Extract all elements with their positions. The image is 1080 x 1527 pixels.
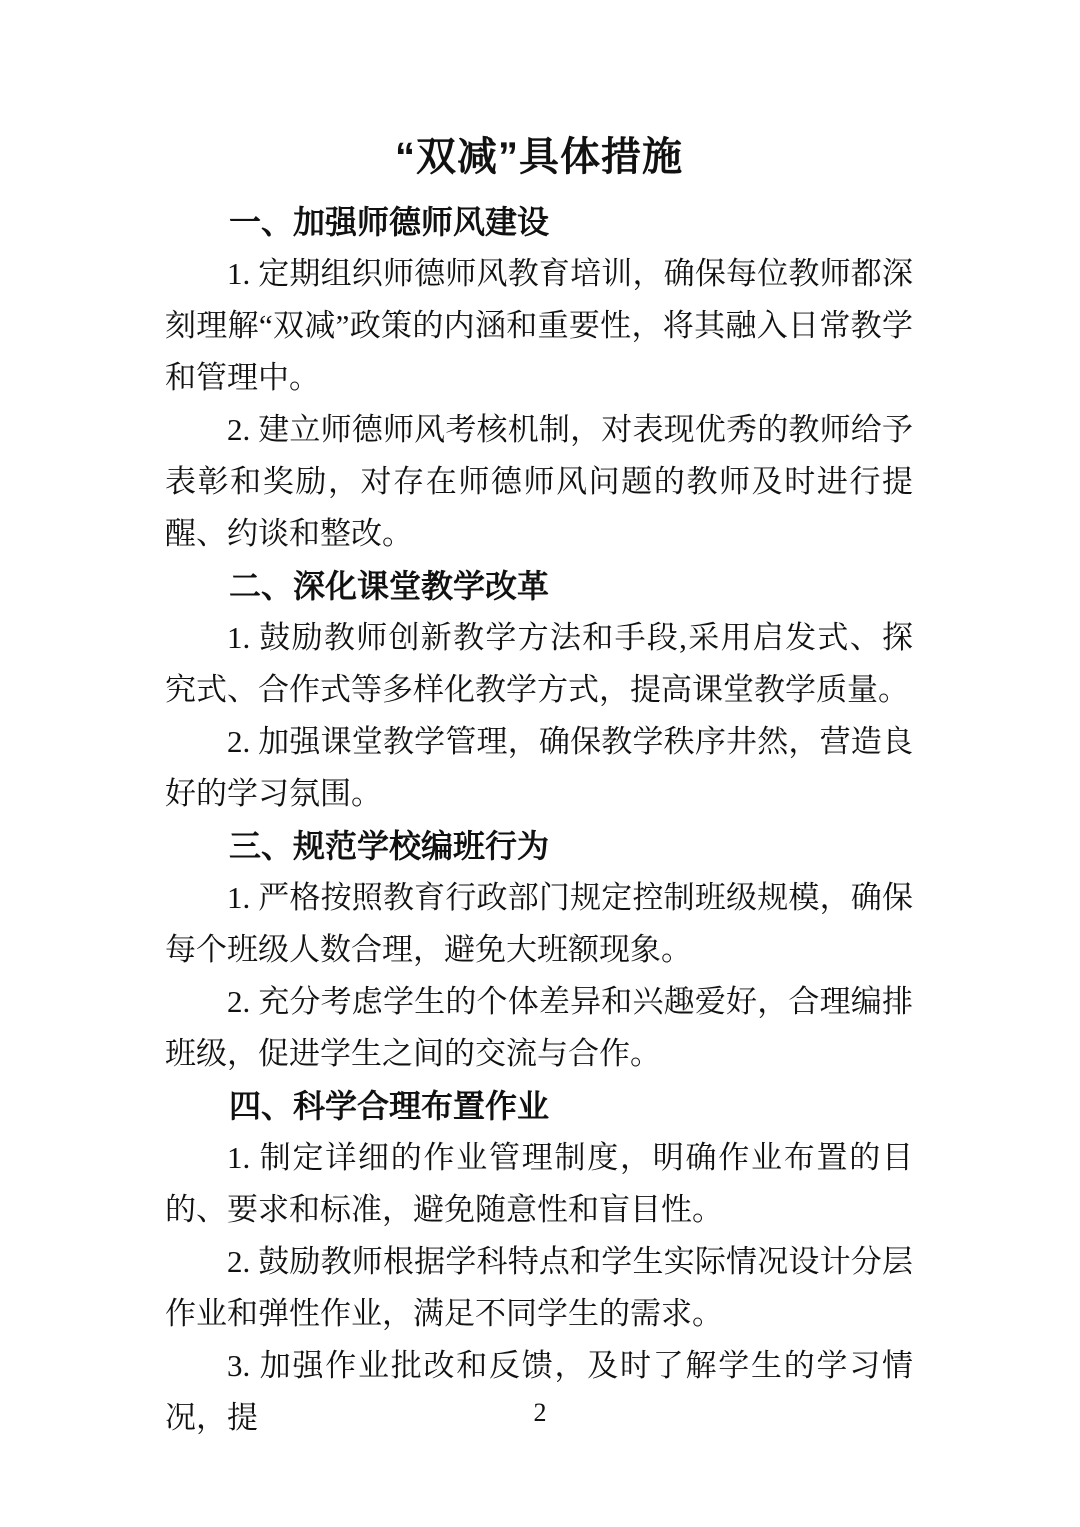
section-4-paragraph-1: 1. 制定详细的作业管理制度，明确作业布置的目的、要求和标准，避免随意性和盲目性… xyxy=(165,1132,913,1236)
section-3-paragraph-2: 2. 充分考虑学生的个体差异和兴趣爱好，合理编排班级，促进学生之间的交流与合作。 xyxy=(165,976,913,1080)
document-title: “双减”具体措施 xyxy=(165,126,913,188)
document-content: “双减”具体措施 一、加强师德师风建设1. 定期组织师德师风教育培训，确保每位教… xyxy=(165,126,913,1444)
section-3-paragraph-1: 1. 严格按照教育行政部门规定控制班级规模，确保每个班级人数合理，避免大班额现象… xyxy=(165,872,913,976)
section-heading-4: 四、科学合理布置作业 xyxy=(165,1080,913,1132)
section-1-paragraph-2: 2. 建立师德师风考核机制，对表现优秀的教师给予表彰和奖励，对存在师德师风问题的… xyxy=(165,404,913,560)
section-2-paragraph-2: 2. 加强课堂教学管理，确保教学秩序井然，营造良好的学习氛围。 xyxy=(165,716,913,820)
section-2-paragraph-1: 1. 鼓励教师创新教学方法和手段,采用启发式、探究式、合作式等多样化教学方式，提… xyxy=(165,612,913,716)
section-heading-3: 三、规范学校编班行为 xyxy=(165,820,913,872)
page-number: 2 xyxy=(0,1396,1080,1430)
section-heading-1: 一、加强师德师风建设 xyxy=(165,196,913,248)
document-sections: 一、加强师德师风建设1. 定期组织师德师风教育培训，确保每位教师都深刻理解“双减… xyxy=(165,196,913,1444)
section-1-paragraph-1: 1. 定期组织师德师风教育培训，确保每位教师都深刻理解“双减”政策的内涵和重要性… xyxy=(165,248,913,404)
document-page: “双减”具体措施 一、加强师德师风建设1. 定期组织师德师风教育培训，确保每位教… xyxy=(0,0,1080,1527)
section-4-paragraph-2: 2. 鼓励教师根据学科特点和学生实际情况设计分层作业和弹性作业，满足不同学生的需… xyxy=(165,1236,913,1340)
section-heading-2: 二、深化课堂教学改革 xyxy=(165,560,913,612)
